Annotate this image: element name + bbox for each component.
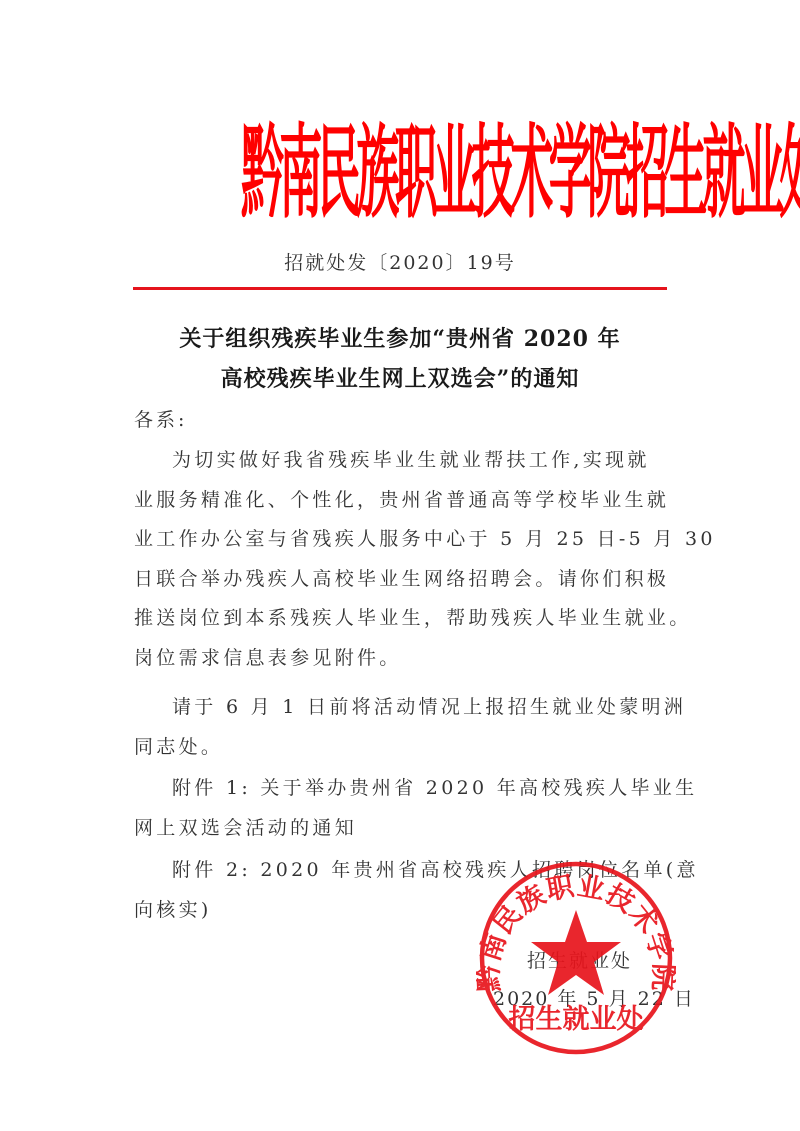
text-line: 推送岗位到本系残疾人毕业生，帮助残疾人毕业生就业。 [134,599,674,639]
attachment-1: 附件 1: 关于举办贵州省 2020 年高校残疾人毕业生 网上双选会活动的通知 [134,769,674,848]
salutation: 各系: [134,405,187,432]
text-line: 网上双选会活动的通知 [134,809,674,849]
body-paragraph-2: 请于 6 月 1 日前将活动情况上报招生就业处蒙明洲 同志处。 [134,688,674,767]
attachment-2: 附件 2: 2020 年贵州省高校残疾人招聘岗位名单(意 向核实) [134,851,674,930]
notice-title-line-2: 高校残疾毕业生网上双选会”的通知 [0,362,800,393]
text-line: 岗位需求信息表参见附件。 [134,639,674,679]
body-paragraph-1: 为切实做好我省残疾毕业生就业帮扶工作,实现就 业服务精准化、个性化，贵州省普通高… [134,441,674,678]
text-line: 附件 2: 2020 年贵州省高校残疾人招聘岗位名单(意 [134,851,674,891]
masthead-text: 黔南民族职业技术学院招生就业处文件 [241,77,800,270]
text-line: 业工作办公室与省残疾人服务中心于 5 月 25 日-5 月 30 [134,520,674,560]
signature-date: 2020 年 5 月 22 日 [493,984,695,1011]
notice-title-line-1: 关于组织残疾毕业生参加“贵州省 2020 年 [0,322,800,353]
signature-org: 招生就业处 [527,946,632,973]
text-line: 同志处。 [134,728,674,768]
text-line: 附件 1: 关于举办贵州省 2020 年高校残疾人毕业生 [134,769,674,809]
red-divider-line [133,287,667,290]
text-line: 向核实) [134,891,674,931]
text-line: 业服务精准化、个性化，贵州省普通高等学校毕业生就 [134,481,674,521]
text-line: 日联合举办残疾人高校毕业生网络招聘会。请你们积极 [134,560,674,600]
document-number: 招就处发〔2020〕19号 [0,248,800,275]
masthead-title: 黔南民族职业技术学院招生就业处文件 [126,77,674,270]
text-line: 为切实做好我省残疾毕业生就业帮扶工作,实现就 [134,441,674,481]
text-line: 请于 6 月 1 日前将活动情况上报招生就业处蒙明洲 [134,688,674,728]
